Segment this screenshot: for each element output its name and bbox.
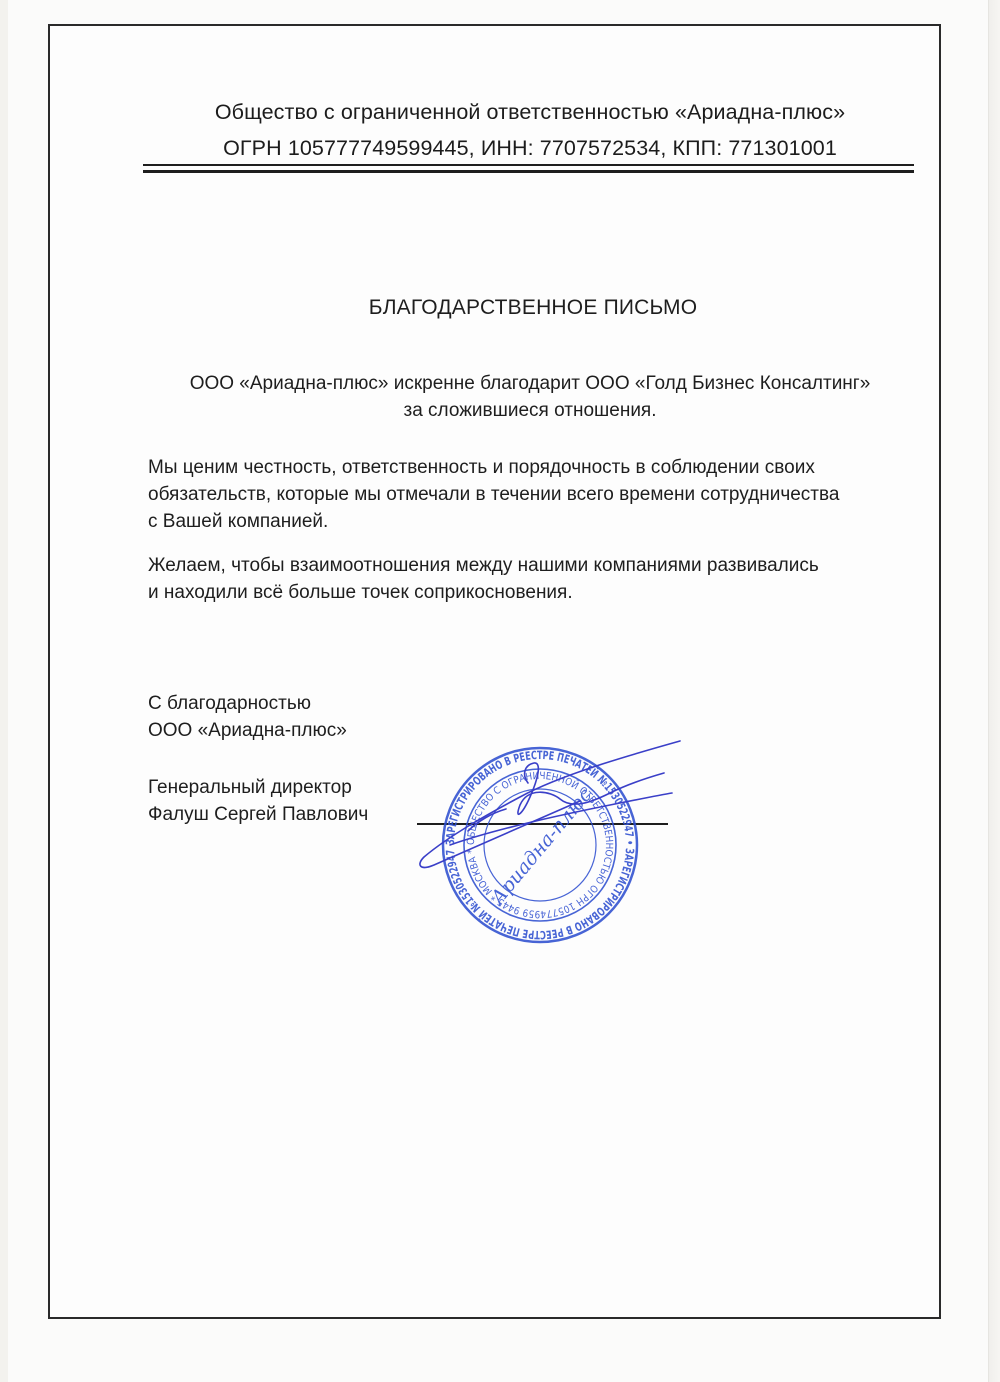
signatory-position: Генеральный директор bbox=[148, 774, 368, 801]
rule-thin bbox=[143, 164, 914, 166]
company-name-header: Общество с ограниченной ответственностью… bbox=[30, 100, 1000, 125]
paragraph-line: обязательств, которые мы отмечали в тече… bbox=[148, 481, 918, 508]
letter-intro: ООО «Ариадна-плюс» искренне благодарит О… bbox=[140, 370, 920, 424]
closing-regards: С благодарностью bbox=[148, 690, 347, 717]
intro-line: за сложившиеся отношения. bbox=[140, 397, 920, 424]
company-registration-details: ОГРН 105777749599445, ИНН: 7707572534, К… bbox=[30, 136, 1000, 161]
handwritten-signature bbox=[410, 735, 690, 895]
paragraph-line: с Вашей компанией. bbox=[148, 508, 918, 535]
paragraph-line: Желаем, чтобы взаимоотношения между наши… bbox=[148, 552, 918, 579]
rule-thick bbox=[143, 170, 914, 173]
closing-company: ООО «Ариадна-плюс» bbox=[148, 717, 347, 744]
letter-paragraph-1: Мы ценим честность, ответственность и по… bbox=[148, 454, 918, 535]
closing-block: С благодарностью ООО «Ариадна-плюс» bbox=[148, 690, 347, 744]
letter-title: БЛАГОДАРСТВЕННОЕ ПИСЬМО bbox=[0, 296, 1000, 320]
signatory-block: Генеральный директор Фалуш Сергей Павлов… bbox=[148, 774, 368, 828]
intro-line: ООО «Ариадна-плюс» искренне благодарит О… bbox=[140, 370, 920, 397]
paragraph-line: Мы ценим честность, ответственность и по… bbox=[148, 454, 918, 481]
scan-left-edge bbox=[0, 0, 8, 1382]
paragraph-line: и находили всё больше точек соприкоснове… bbox=[148, 579, 918, 606]
signatory-name: Фалуш Сергей Павлович bbox=[148, 801, 368, 828]
page-border-frame bbox=[48, 24, 941, 1319]
scan-page-edge bbox=[988, 0, 1000, 1382]
header-double-rule bbox=[143, 164, 914, 173]
letter-paragraph-2: Желаем, чтобы взаимоотношения между наши… bbox=[148, 552, 918, 606]
